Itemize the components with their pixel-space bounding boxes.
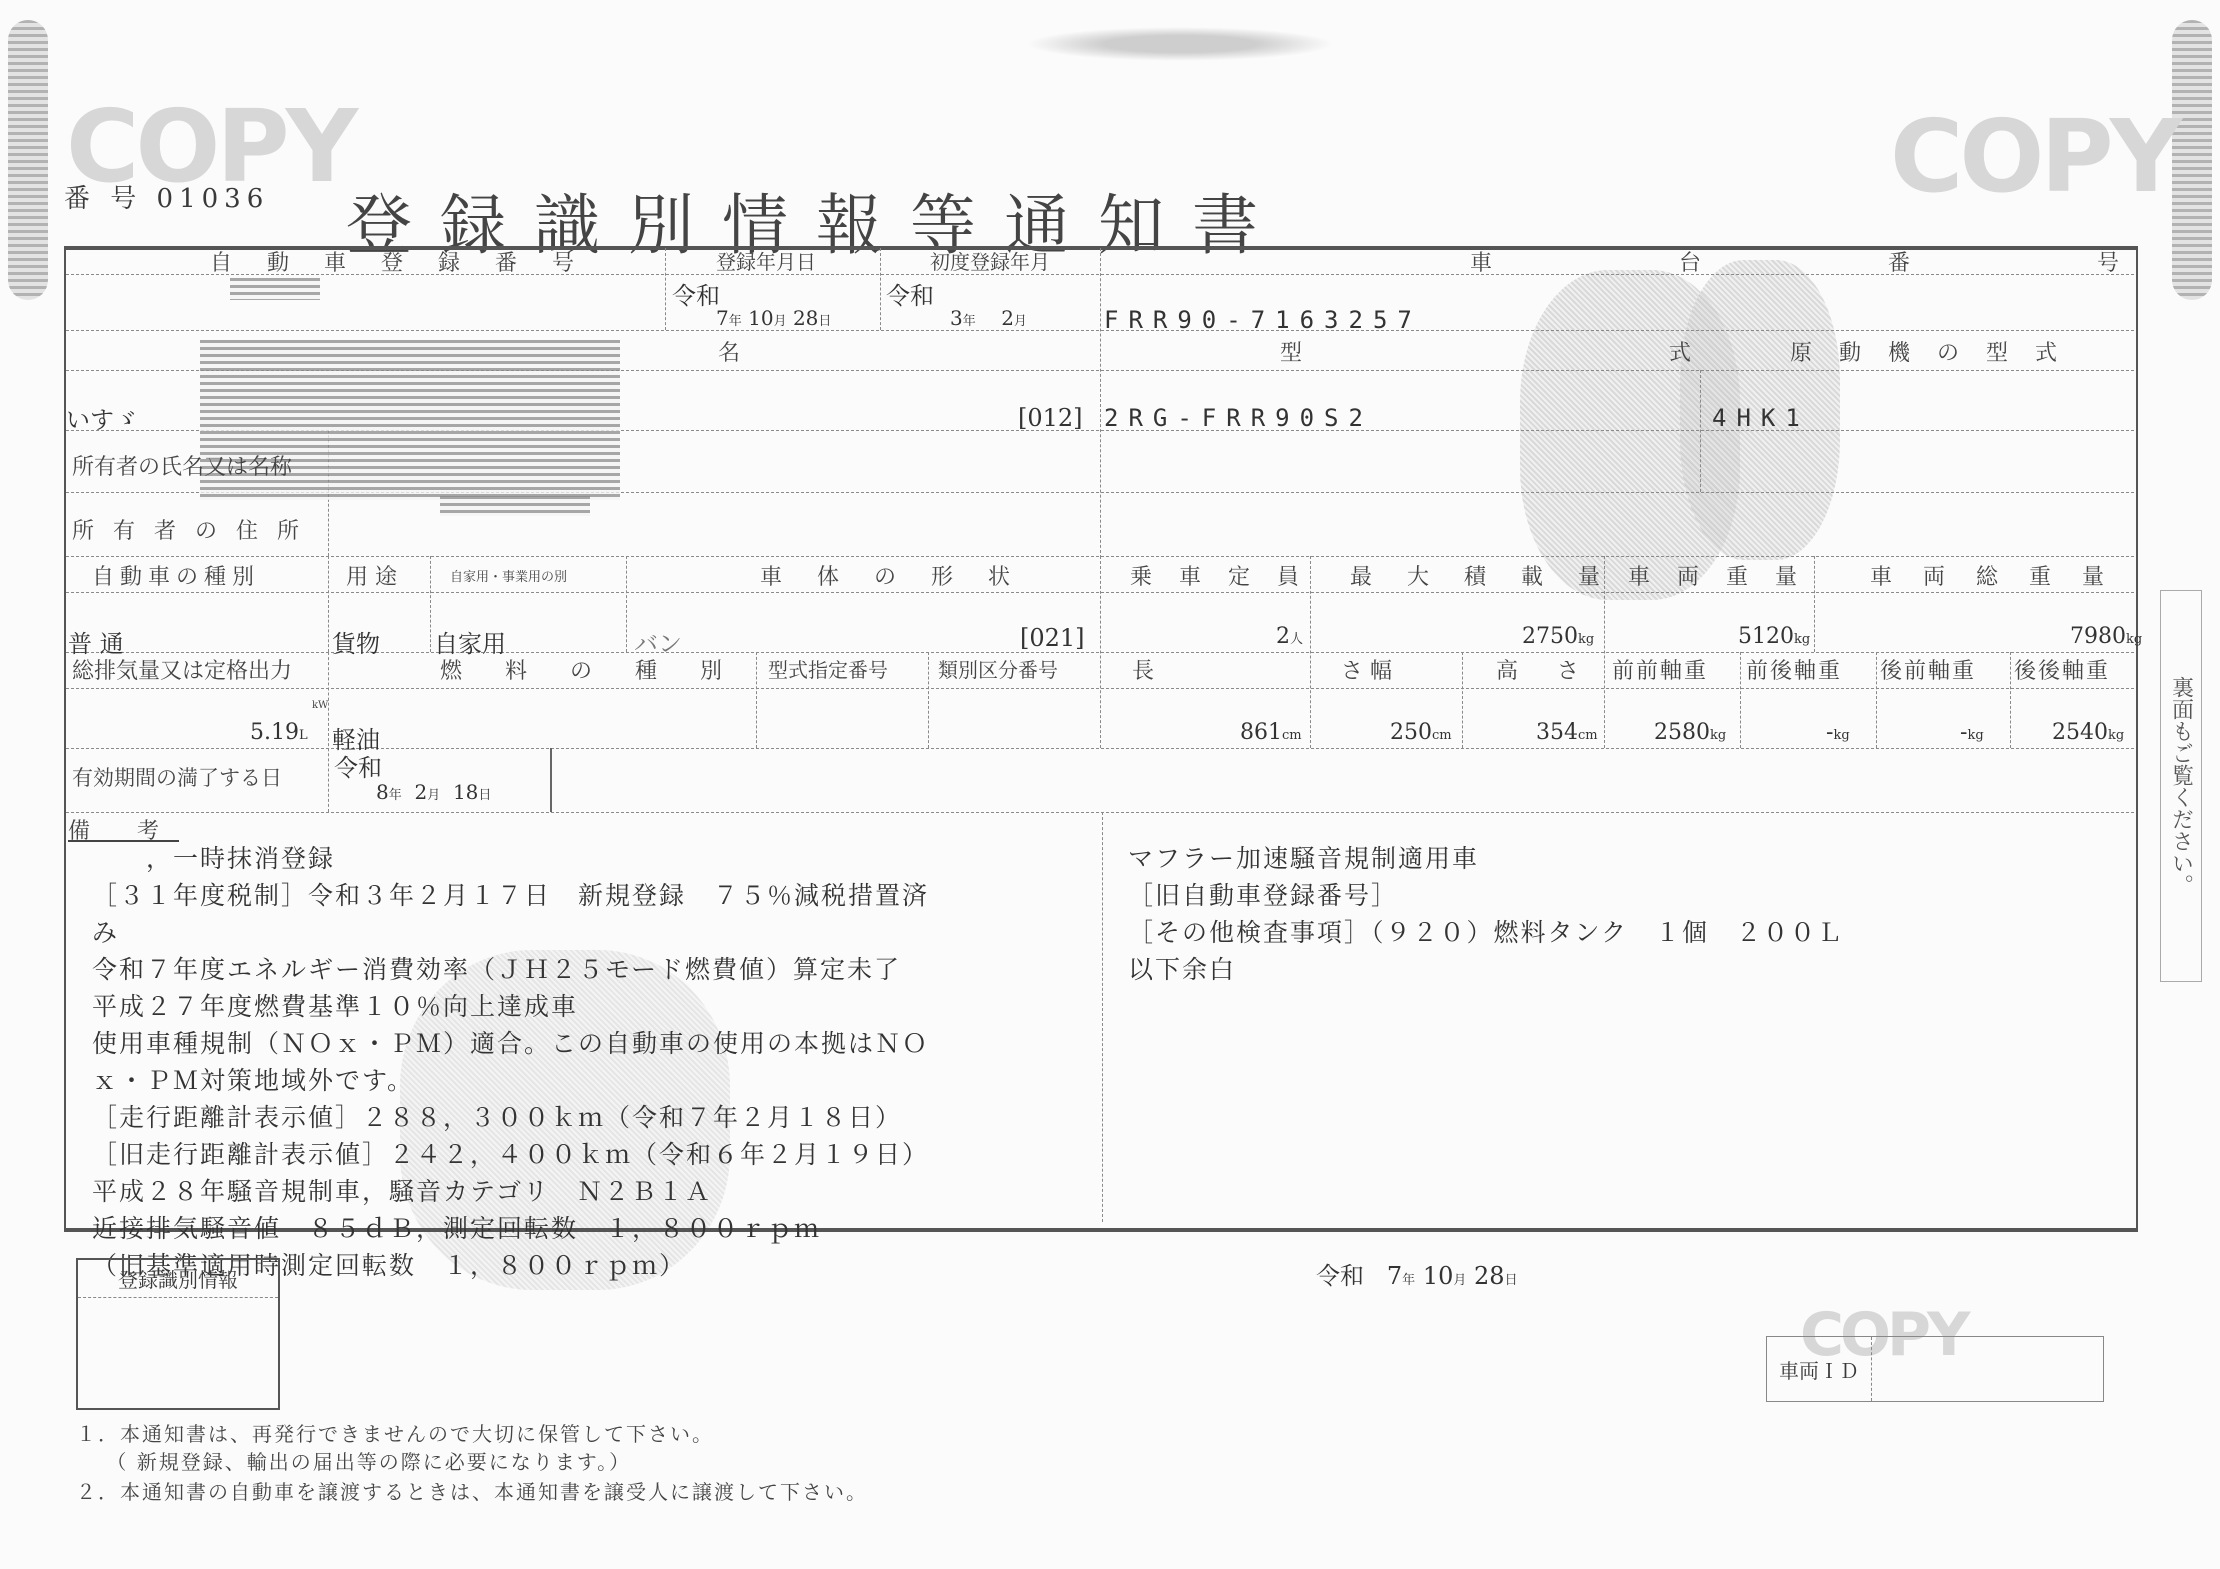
category-label: 類別区分番号 [938,654,1058,683]
gross-weight-label: 車 両 総 重 量 [1870,560,2116,591]
width-label: 幅 [1370,654,1392,685]
capacity-label: 乗 車 定 員 [1130,560,1309,591]
max-load-value: 2750kg [1522,624,1594,649]
owner-address-label: 所 有 者 の 住 所 [72,514,305,545]
copy-watermark: COPY [1890,98,2178,215]
capacity-value: 2人 [1276,624,1303,649]
height-label: 高 さ [1496,654,1595,685]
left-ornament [8,20,48,300]
redacted-reg-number [230,278,320,300]
height-value: 354cm [1536,720,1598,745]
id-info-label: 登録識別情報 [78,1260,278,1298]
fuel-label: 燃 料 の 種 別 [440,654,740,685]
issue-date: 令和 7年 10月 28日 [1316,1256,1518,1291]
max-load-label: 最 大 積 載 量 [1350,560,1614,591]
name-label: 名 [718,336,740,367]
expiry-era: 令和 [334,748,382,783]
width-value: 250cm [1390,720,1452,745]
fr-axle-label: 前後軸重 [1746,654,1842,685]
gross-weight-value: 7980kg [2070,624,2142,649]
fr-axle-value: -kg [1826,720,1850,745]
doc-number: 番 号 01036 [64,178,269,215]
engine-model: 4HK1 [1712,404,1810,432]
vehicle-weight-value: 5120kg [1738,624,1810,649]
chassis-label: 車 台 番 号 [1470,246,2209,277]
vehicle-id-label: 車両ＩＤ [1767,1337,1872,1401]
reg-date-label: 登録年月日 [716,246,816,275]
type-designation-label: 型式指定番号 [768,654,888,683]
see-reverse-note: 裏面もご覧ください。 [2160,590,2202,982]
displacement-value: 5.19L [250,720,308,745]
reg-number-label: 自 動 車 登 録 番 号 [210,246,588,277]
maker-name: いすゞ [66,400,138,435]
body-shape-label: 車 体 の 形 状 [760,560,1024,591]
length-label: 長 さ [1132,654,1453,685]
chassis-number: FRR90-7163257 [1104,306,1422,334]
use-value: 貨物 [332,624,380,659]
engine-label: 原 動 機 の 型 式 [1790,336,2067,367]
model-code: [012] [1018,404,1083,432]
ff-axle-value: 2580kg [1654,720,1726,745]
vehicle-weight-label: 車 両 重 量 [1628,560,1807,591]
remarks-left: ，一時抹消登録 ［３１年度税制］令和３年２月１７日 新規登録 ７５％減税措置済 … [92,840,929,1284]
expiry-date: 8年 2月 18日 [376,780,491,804]
first-reg-label: 初度登録年月 [930,246,1050,275]
footnote-1b: （ 新規登録、輸出の届出等の際に必要になります。） [76,1446,631,1475]
reg-date-era: 令和 [672,276,720,311]
reg-date: 7年 10月 28日 [716,306,831,330]
expiry-label: 有効期間の満了する日 [72,762,282,792]
vehicle-type-label: 自動車の種別 [92,560,260,591]
registration-id-info-box: 登録識別情報 [76,1258,280,1410]
private-business-label: 自家用・事業用の別 [450,566,567,585]
owner-name-label: 所有者の氏名又は名称 [72,450,292,481]
first-reg-date: 3年 2月 [950,306,1027,330]
remarks-right: マフラー加速騒音規制適用車 ［旧自動車登録番号］ ［その他検査事項］（９２０）燃… [1128,840,1844,988]
first-reg-era: 令和 [886,276,934,311]
footnote-2: ２．本通知書の自動車を譲渡するときは、本通知書を譲受人に譲渡して下さい。 [76,1476,868,1505]
ff-axle-label: 前前軸重 [1612,654,1708,685]
use-label: 用 途 [346,560,397,591]
rr-axle-value: 2540kg [2052,720,2124,745]
body-shape-code: [021] [1020,624,1085,652]
rf-axle-label: 後前軸重 [1880,654,1976,685]
redacted-owner-address [440,496,590,516]
displacement-unit-kw: kW [312,700,328,711]
footnote-1: １．本通知書は、再発行できませんので大切に保管して下さい。 [76,1418,714,1447]
displacement-label: 総排気量又は定格出力 [72,654,292,685]
model-number: 2RG-FRR90S2 [1104,404,1373,432]
model-label: 型 式 [1280,336,1871,367]
rf-axle-value: -kg [1960,720,1984,745]
length-value: 861cm [1240,720,1302,745]
top-ornament [1000,24,1360,64]
vehicle-id-box: 車両ＩＤ [1766,1336,2104,1402]
rr-axle-label: 後後軸重 [2014,654,2110,685]
